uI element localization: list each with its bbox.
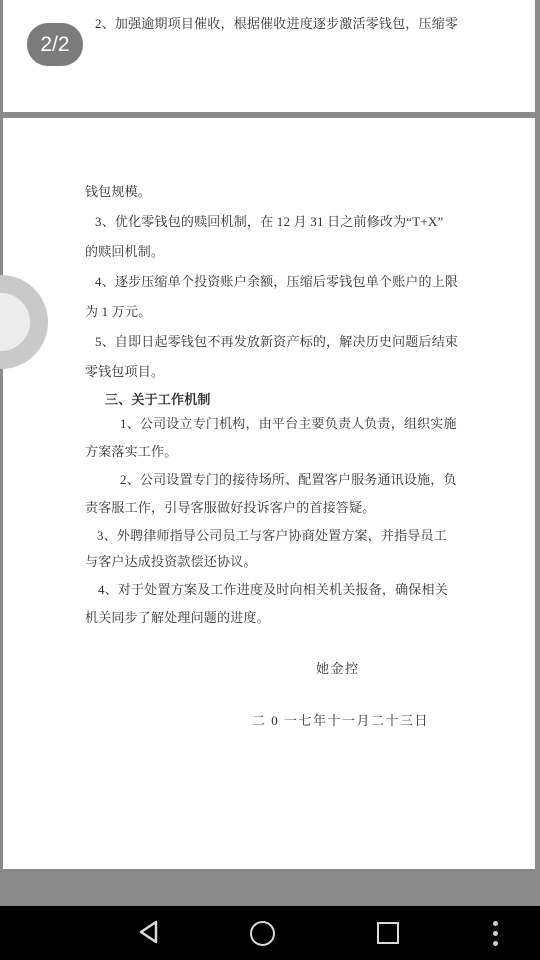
recents-icon [377,922,399,944]
menu-icon [493,918,498,948]
page-indicator-label: 2/2 [40,33,69,57]
back-icon [137,919,161,948]
document-page-2[interactable]: 钱包规模。 3、优化零钱包的赎回机制，在 12 月 31 日之前修改为“T+X”… [3,118,535,869]
back-button[interactable] [125,906,173,960]
page-indicator-badge: 2/2 [27,23,83,66]
doc-line: 钱包规模。 [85,183,151,201]
doc-line: 2、公司设置专门的接待场所、配置客户服务通讯设施，负 [120,471,457,489]
home-button[interactable] [238,906,286,960]
doc-line: 零钱包项目。 [85,363,164,381]
doc-date: 二 0 一七年十一月二十三日 [252,712,429,730]
doc-line: 4、逐步压缩单个投资账户余额，压缩后零钱包单个账户的上限 [95,273,458,291]
doc-line: 为 1 万元。 [85,303,151,321]
doc-line: 4、对于处置方案及工作进度及时向相关机关报备，确保相关 [98,581,448,599]
doc-line: 2、加强逾期项目催收，根据催收进度逐步激活零钱包，压缩零 [95,15,458,33]
doc-line: 3、外聘律师指导公司员工与客户协商处置方案，并指导员工 [97,527,447,545]
doc-line: 3、优化零钱包的赎回机制，在 12 月 31 日之前修改为“T+X” [95,213,444,231]
doc-section-heading: 三、关于工作机制 [105,391,211,409]
doc-line: 5、自即日起零钱包不再发放新资产标的，解决历史问题后结束 [95,333,458,351]
doc-line: 方案落实工作。 [85,443,177,461]
home-icon [250,921,275,946]
android-nav-bar [0,906,540,960]
recents-button[interactable] [364,906,412,960]
doc-line: 的赎回机制。 [85,243,164,261]
document-page-1[interactable]: 2、加强逾期项目催收，根据催收进度逐步激活零钱包，压缩零 [3,0,535,112]
menu-button[interactable] [471,906,519,960]
document-viewer-screen: 2、加强逾期项目催收，根据催收进度逐步激活零钱包，压缩零 钱包规模。 3、优化零… [0,0,540,960]
doc-line: 机关同步了解处理问题的进度。 [85,609,270,627]
doc-line: 1、公司设立专门机构，由平台主要负责人负责，组织实施 [120,415,457,433]
doc-line: 责客服工作，引导客服做好投诉客户的首接答疑。 [85,499,375,517]
doc-line: 与客户达成投资款偿还协议。 [85,553,257,571]
doc-signature: 她金控 [316,660,360,678]
